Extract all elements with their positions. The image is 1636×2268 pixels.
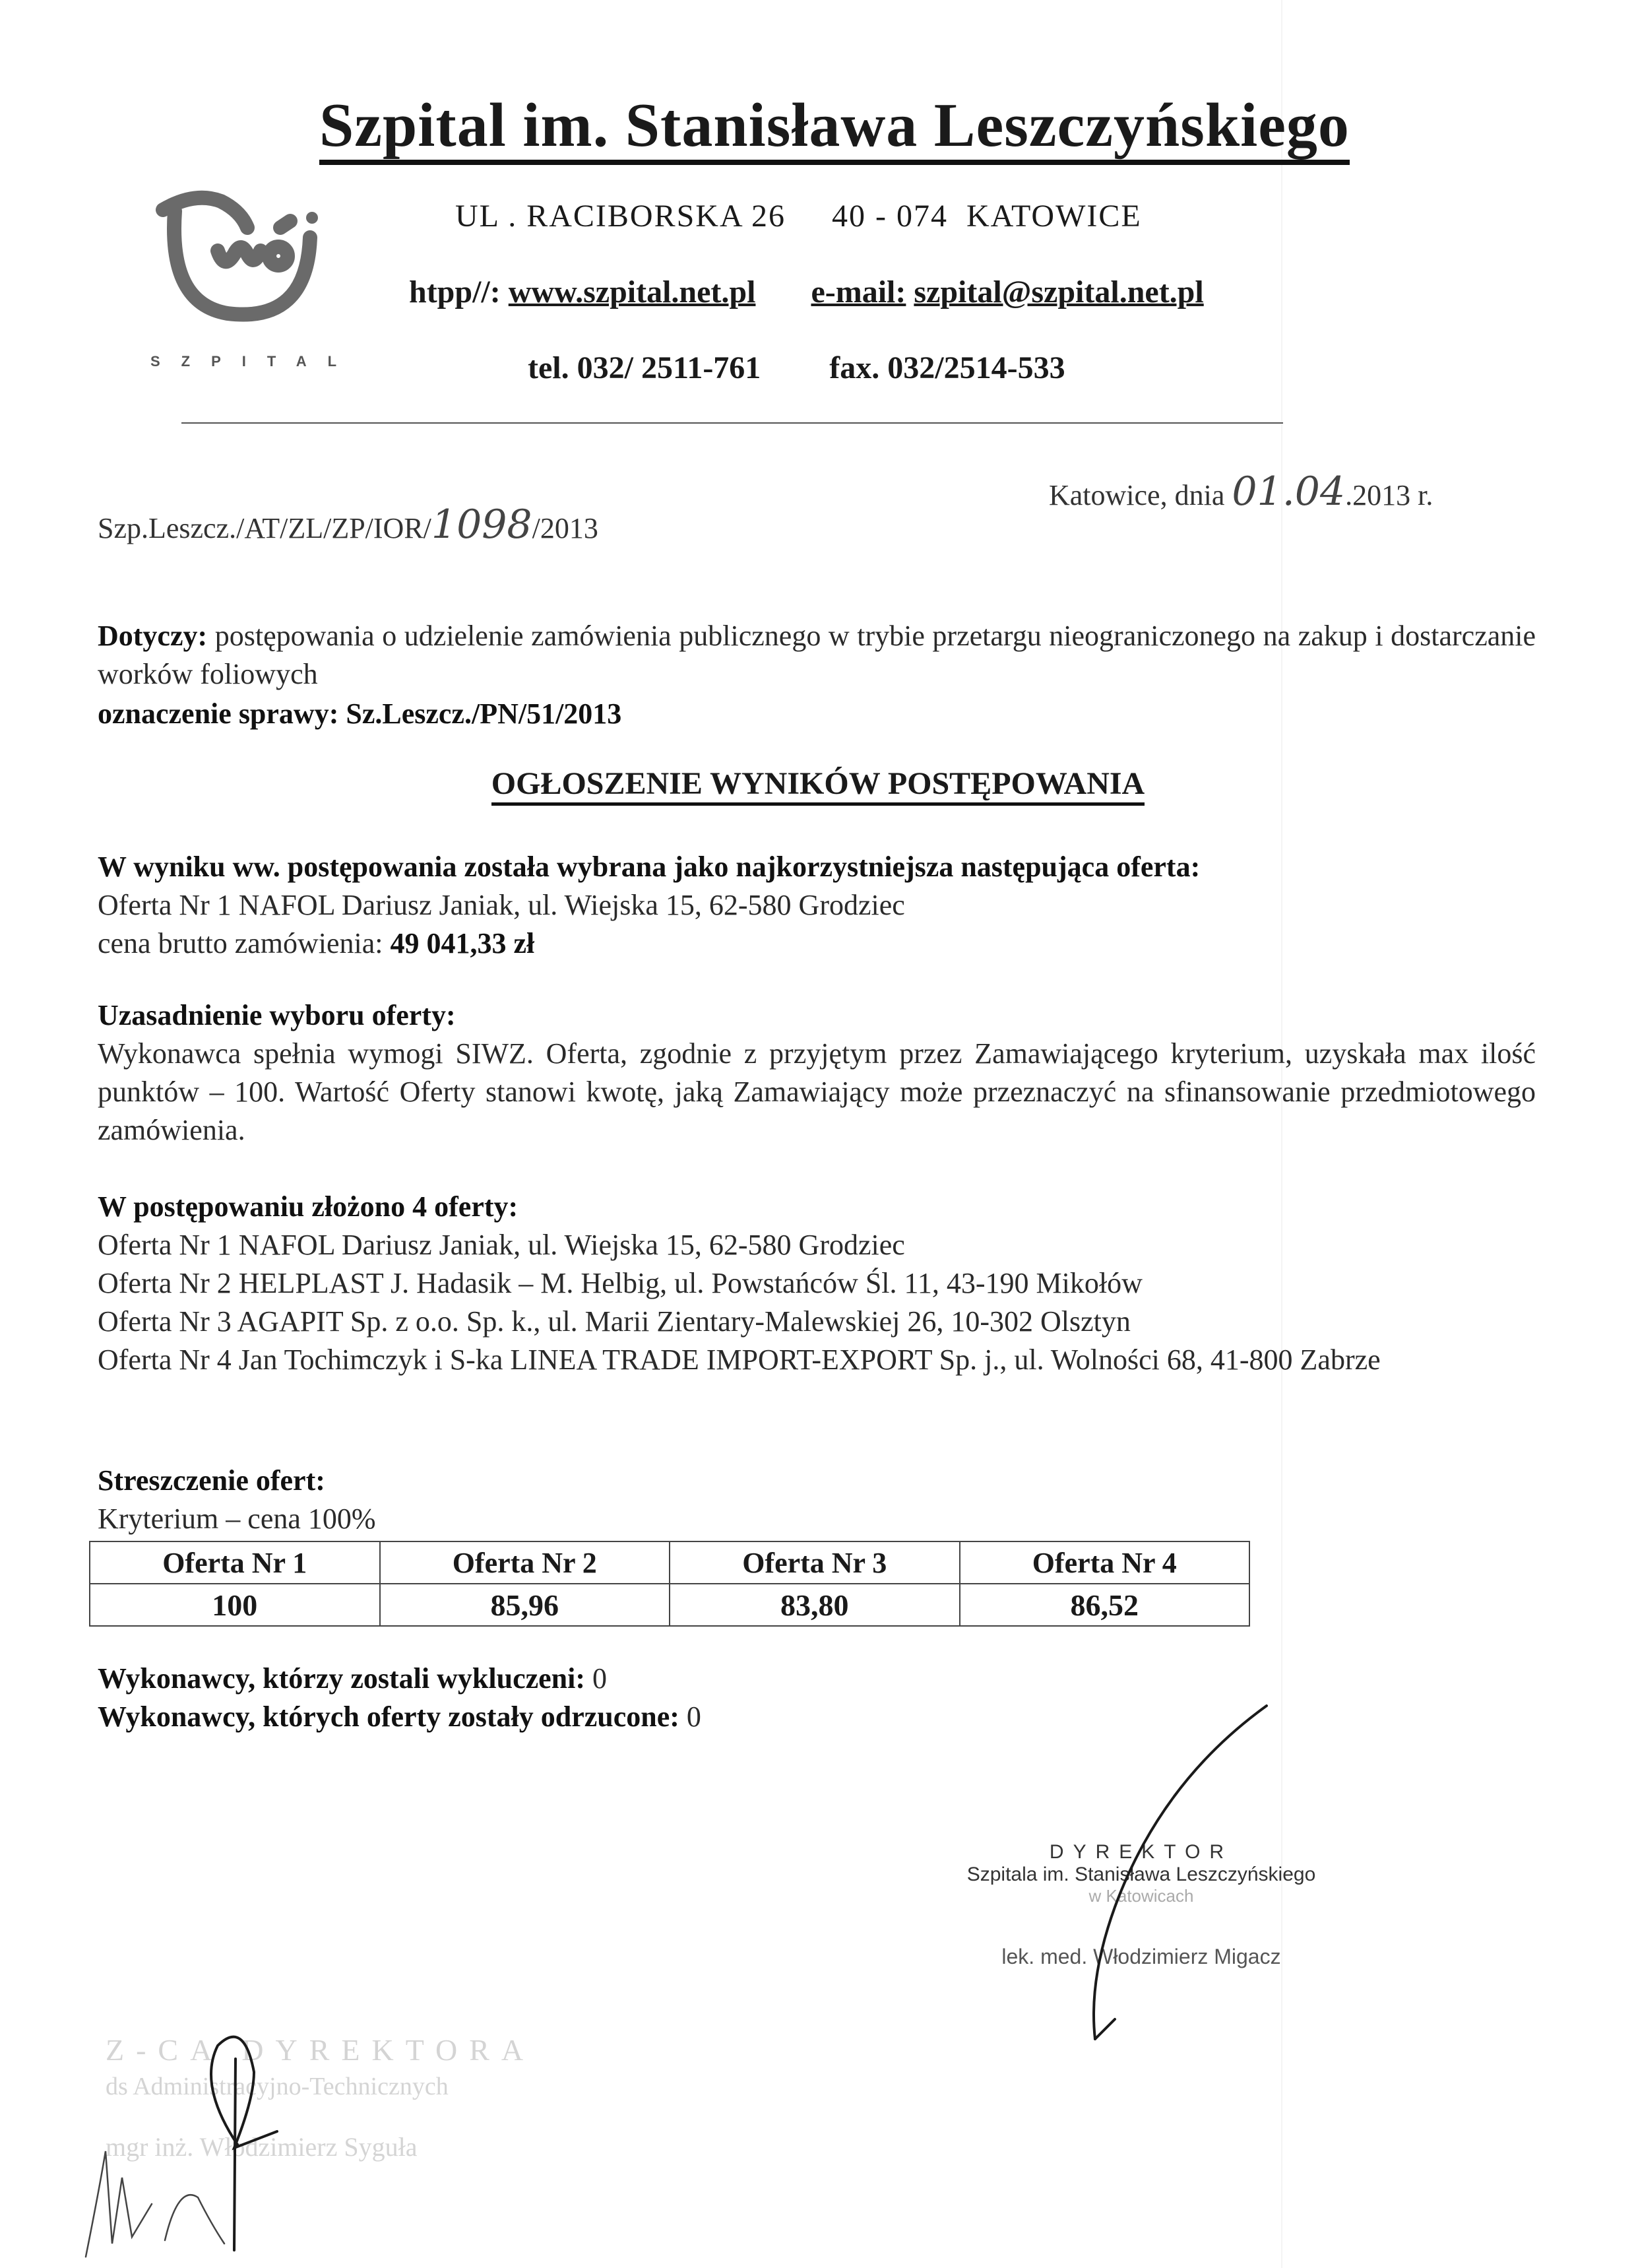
faint-stamp-line: mgr inż. Włodzimierz Syguła xyxy=(106,2131,417,2162)
excluded-line: Wykonawcy, którzy zostali wykluczeni: 0 xyxy=(98,1660,1536,1698)
date-suffix: .2013 r. xyxy=(1345,479,1433,511)
logo-wordmark: SZPITAL xyxy=(150,353,358,370)
signature-org: Szpitala im. Stanisława Leszczyńskiego xyxy=(957,1863,1326,1886)
excluded-value: 0 xyxy=(592,1662,607,1695)
website-link[interactable]: www.szpital.net.pl xyxy=(509,275,756,309)
subject-text: postępowania o udzielenie zamówienia pub… xyxy=(98,620,1536,690)
rejected-value: 0 xyxy=(687,1701,701,1733)
phone-number: tel. 032/ 2511-761 xyxy=(528,350,761,385)
letterhead-divider xyxy=(181,422,1283,424)
offer-item: Oferta Nr 3 AGAPIT Sp. z o.o. Sp. k., ul… xyxy=(98,1303,1536,1341)
rejected-line: Wykonawcy, których oferty zostały odrzuc… xyxy=(98,1698,1536,1736)
heading-text: OGŁOSZENIE WYNIKÓW POSTĘPOWANIA xyxy=(491,766,1145,806)
score-cell: 100 xyxy=(90,1584,380,1626)
signature-title: DYREKTOR xyxy=(957,1841,1326,1863)
table-header-cell: Oferta Nr 4 xyxy=(960,1541,1250,1584)
director-signature-stamp: DYREKTOR Szpitala im. Stanisława Leszczy… xyxy=(957,1841,1326,1969)
ref-suffix: /2013 xyxy=(532,512,598,544)
email-link[interactable]: szpital@szpital.net.pl xyxy=(914,275,1203,309)
hospital-name-title: Szpital im. Stanisława Leszczyńskiego xyxy=(319,92,1350,165)
subject-paragraph: Dotyczy: postępowania o udzielenie zamów… xyxy=(98,617,1536,694)
price-value: 49 041,33 zł xyxy=(390,927,534,959)
table-row: 100 85,96 83,80 86,52 xyxy=(90,1584,1249,1626)
ref-prefix: Szp.Leszcz./AT/ZL/ZP/IOR/ xyxy=(98,512,431,544)
case-number-line: oznaczenie sprawy: Sz.Leszcz./PN/51/2013 xyxy=(98,695,1536,733)
score-cell: 83,80 xyxy=(670,1584,960,1626)
justification-section: Uzasadnienie wyboru oferty: Wykonawca sp… xyxy=(98,996,1536,1150)
result-intro: W wyniku ww. postępowania została wybran… xyxy=(98,851,1200,883)
date-prefix: Katowice, dnia xyxy=(1049,479,1232,511)
excluded-rejected-section: Wykonawcy, którzy zostali wykluczeni: 0 … xyxy=(98,1660,1536,1736)
faint-stamp-line: ds Administracyjno-Technicznych xyxy=(106,2072,449,2101)
table-header-cell: Oferta Nr 1 xyxy=(90,1541,380,1584)
offers-score-table: Oferta Nr 1 Oferta Nr 2 Oferta Nr 3 Ofer… xyxy=(89,1541,1250,1627)
justification-label: Uzasadnienie wyboru oferty: xyxy=(98,999,456,1031)
subject-label: Dotyczy: xyxy=(98,620,207,652)
price-label: cena brutto zamówienia: xyxy=(98,927,383,959)
ref-handwritten: 1098 xyxy=(431,502,532,548)
score-cell: 85,96 xyxy=(380,1584,670,1626)
justification-text: Wykonawca spełnia wymogi SIWZ. Oferta, z… xyxy=(98,1035,1536,1150)
table-header-cell: Oferta Nr 3 xyxy=(670,1541,960,1584)
summary-label: Streszczenie ofert: xyxy=(98,1464,325,1497)
case-label: oznaczenie sprawy: xyxy=(98,697,338,730)
excluded-label: Wykonawcy, którzy zostali wykluczeni: xyxy=(98,1662,585,1695)
faint-stamp-line: Z-CA DYREKTORA xyxy=(106,2032,535,2067)
signature-city: w Katowicach xyxy=(957,1886,1326,1906)
contact-phone-fax: tel. 032/ 2511-761 fax. 032/2514-533 xyxy=(528,350,1065,386)
score-cell: 86,52 xyxy=(960,1584,1250,1626)
hospital-address: UL . RACIBORSKA 26 40 - 074 KATOWICE xyxy=(455,198,1142,234)
date-handwritten: 01.04 xyxy=(1232,469,1345,515)
summary-section: Streszczenie ofert: Kryterium – cena 100… xyxy=(98,1462,1536,1538)
offer-item: Oferta Nr 2 HELPLAST J. Hadasik – M. Hel… xyxy=(98,1264,1536,1303)
announcement-heading: OGŁOSZENIE WYNIKÓW POSTĘPOWANIA xyxy=(0,765,1636,802)
offers-label: W postępowaniu złożono 4 oferty: xyxy=(98,1190,518,1223)
document-date: Katowice, dnia 01.04.2013 r. xyxy=(1049,469,1433,515)
fax-number: fax. 032/2514-533 xyxy=(829,350,1065,385)
rejected-label: Wykonawcy, których oferty zostały odrzuc… xyxy=(98,1701,679,1733)
price-line: cena brutto zamówienia: 49 041,33 zł xyxy=(98,924,1536,963)
winning-offer: Oferta Nr 1 NAFOL Dariusz Janiak, ul. Wi… xyxy=(98,886,1536,924)
offers-section: W postępowaniu złożono 4 oferty: Oferta … xyxy=(98,1188,1536,1379)
result-section: W wyniku ww. postępowania została wybran… xyxy=(98,848,1536,963)
web-label: htpp//: xyxy=(409,275,501,309)
case-number: Sz.Leszcz./PN/51/2013 xyxy=(346,697,621,730)
offer-item: Oferta Nr 1 NAFOL Dariusz Janiak, ul. Wi… xyxy=(98,1226,1536,1264)
table-header-row: Oferta Nr 1 Oferta Nr 2 Oferta Nr 3 Ofer… xyxy=(90,1541,1249,1584)
criterion-text: Kryterium – cena 100% xyxy=(98,1500,1536,1538)
offer-item: Oferta Nr 4 Jan Tochimczyk i S-ka LINEA … xyxy=(98,1341,1417,1379)
signature-name: lek. med. Włodzimierz Migacz xyxy=(957,1945,1326,1969)
contact-web-email: htpp//: www.szpital.net.pl e-mail: szpit… xyxy=(409,274,1204,310)
table-header-cell: Oferta Nr 2 xyxy=(380,1541,670,1584)
reference-number: Szp.Leszcz./AT/ZL/ZP/IOR/1098/2013 xyxy=(98,502,598,548)
email-label: e-mail: xyxy=(811,275,906,309)
